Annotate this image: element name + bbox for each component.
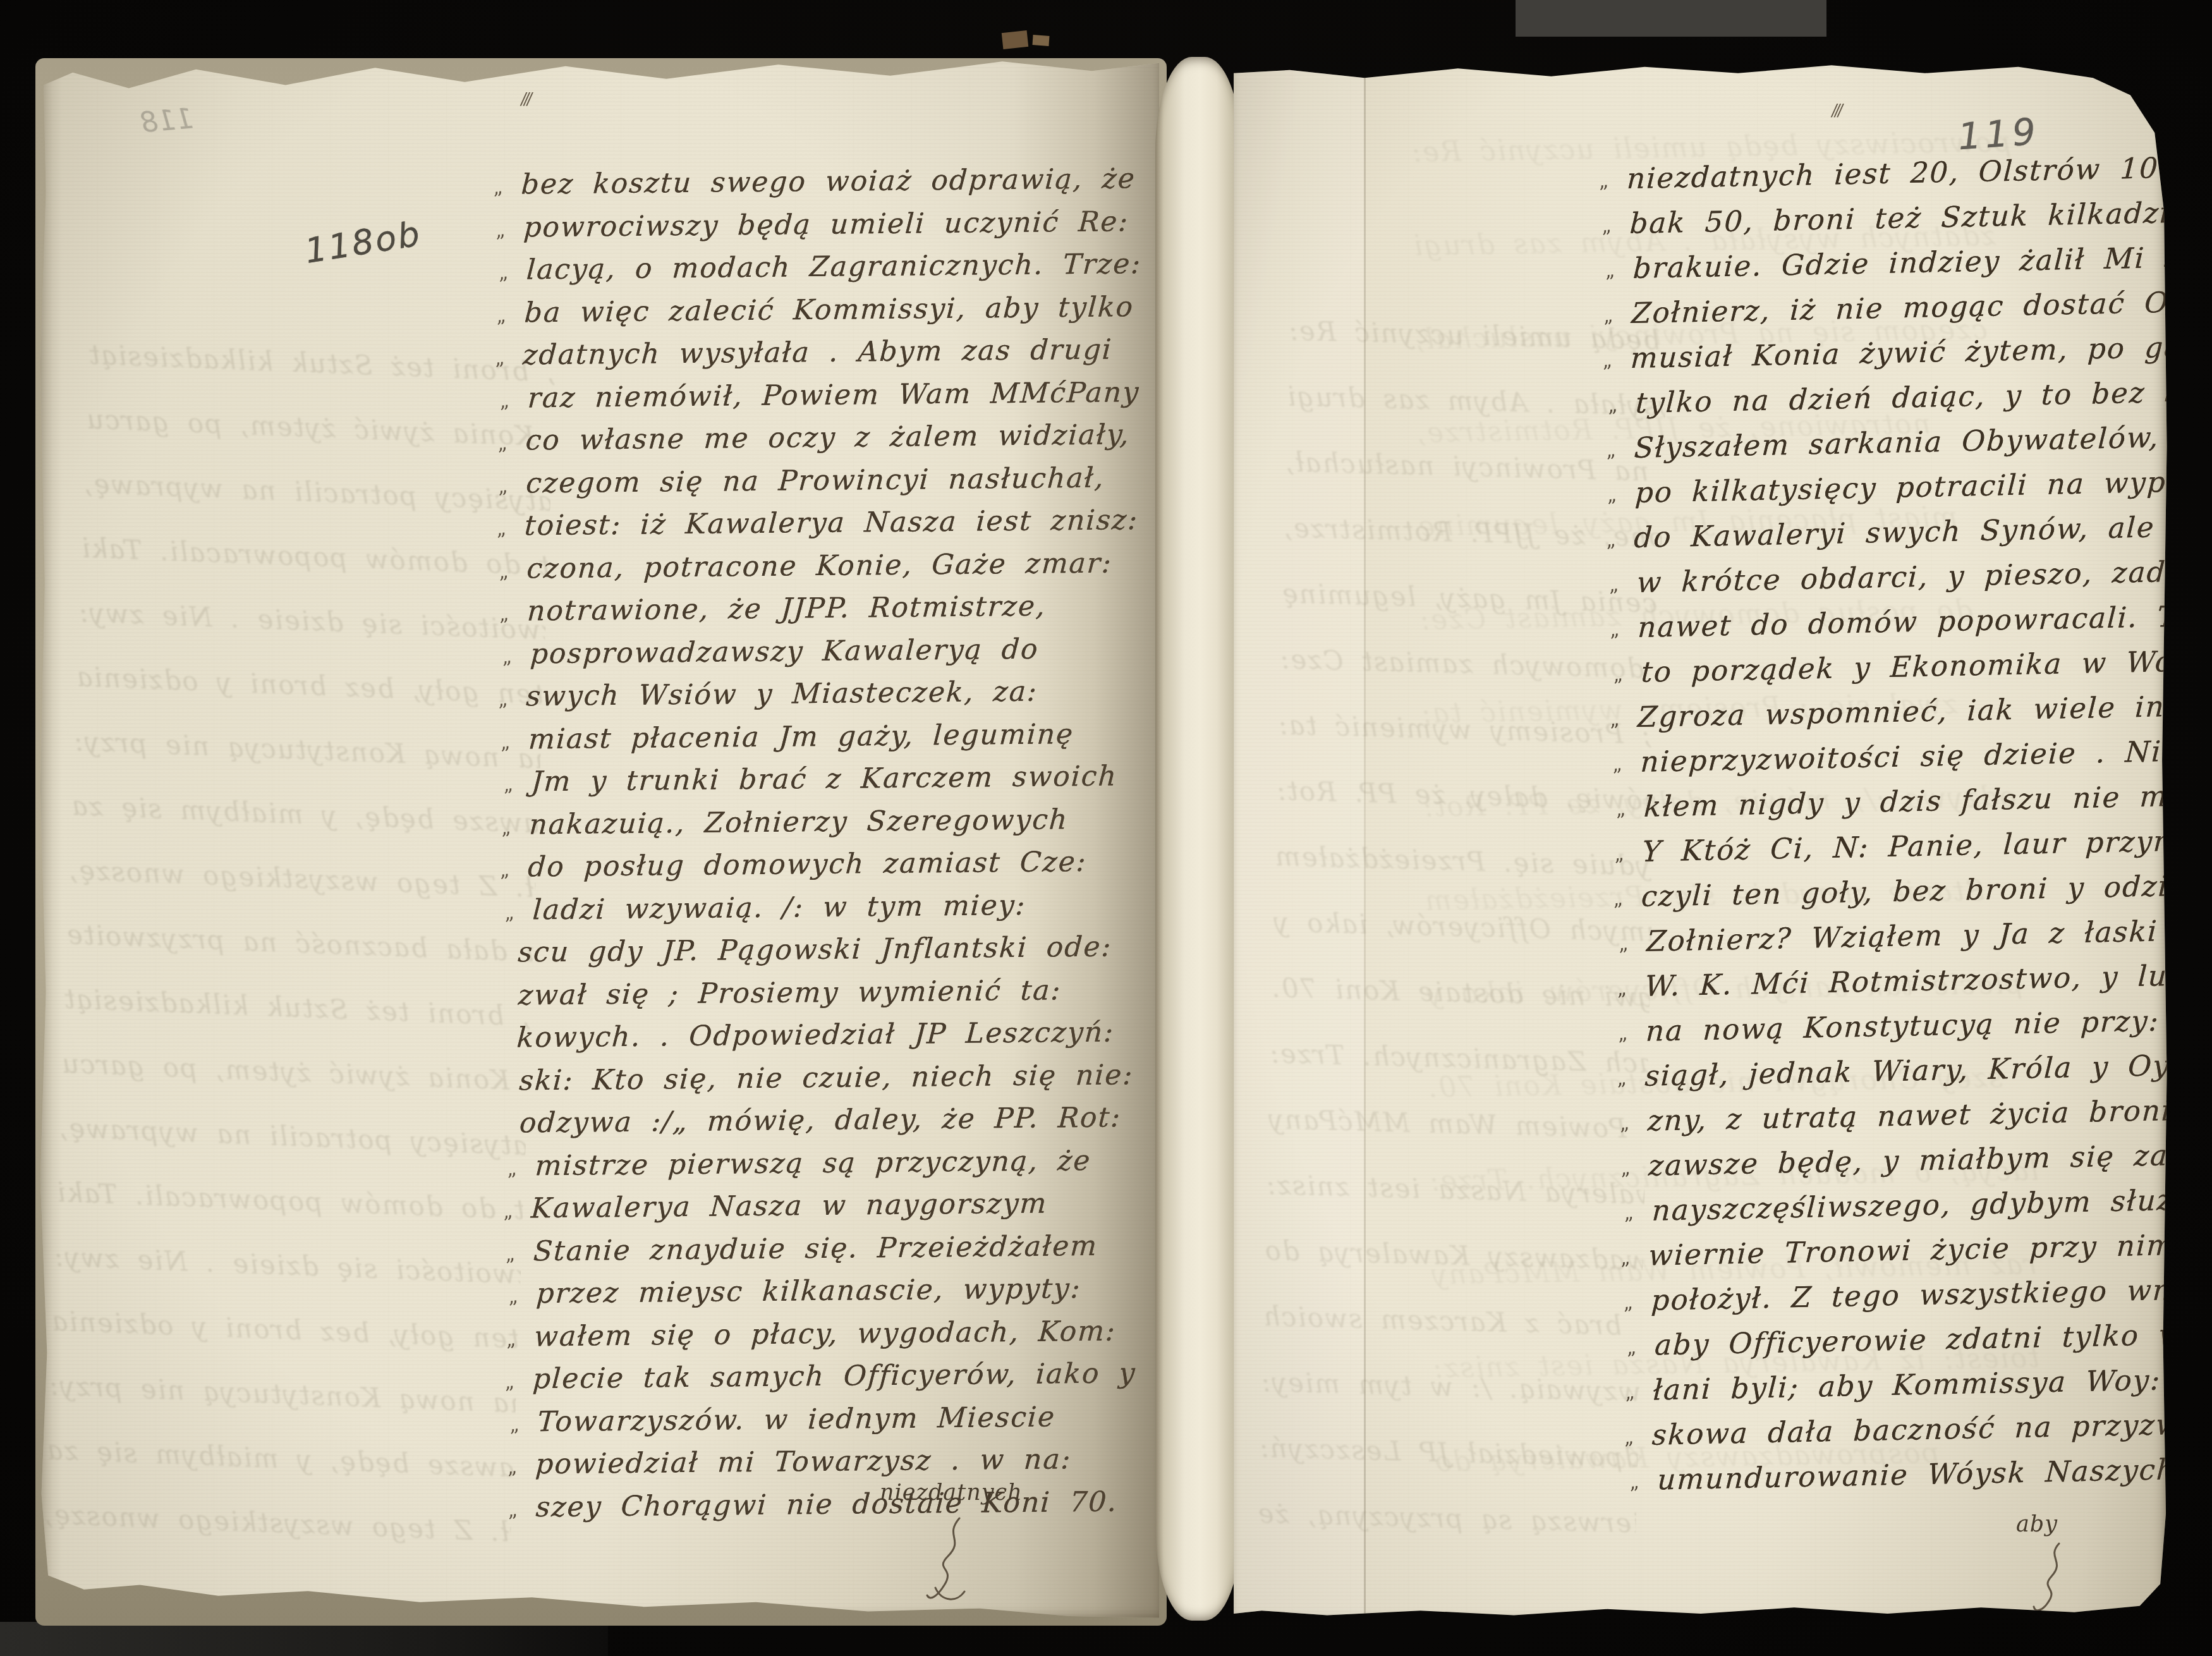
folio-number-bleedthrough: 118 (139, 102, 195, 139)
line-text: przez mieysc kilkanascie, wypyty: (535, 1272, 1082, 1310)
catchword-flourish-icon (923, 1514, 973, 1609)
line-text: Kawalerya Nasza w naygorszym (530, 1188, 1048, 1225)
manuscript-line: „przez mieysc kilkanascie, wypyty: (507, 1272, 1146, 1320)
quote-mark: „ (494, 295, 526, 326)
quote-mark: „ (1621, 1192, 1653, 1223)
line-text: kowych. . Odpowiedział JP Leszczyń: (516, 1016, 1115, 1054)
backdrop-strip-bottom (0, 1622, 608, 1656)
left-page: bak 50, broni też Sztuk kilkadziesiątmus… (39, 51, 1159, 1619)
catchword-flourish-icon (2029, 1540, 2073, 1619)
manuscript-line: „swych Wsiów y Miasteczek, za: (497, 674, 1136, 723)
line-text: ladzi wzywaią. /: w tym miey: (532, 889, 1027, 926)
bleedthrough-line: po kilkatysięcy potracili na wyprawę, (83, 468, 556, 521)
manuscript-line: scu gdy JP. Pągowski Jnflantski ode: (501, 930, 1140, 979)
quote-mark: „ (1618, 1147, 1650, 1178)
manuscript-line: „Kawalerya Nasza w naygorszym (502, 1186, 1141, 1235)
line-text: swych Wsiów y Miasteczek, za: (525, 676, 1038, 713)
quote-mark: „ (1599, 205, 1631, 236)
bleedthrough-line: na nową Konstytucyą nie przy: (73, 726, 552, 775)
manuscript-line: „raz niemówił, Powiem Wam MMćPany (499, 376, 1138, 425)
quote-mark: „ (495, 679, 528, 710)
bleedthrough-line: musiał Konia żywić żytem, po garcu (85, 403, 556, 456)
manuscript-line: „powiedział mi Towarzysz . w na: (506, 1442, 1145, 1491)
line-text: szey Chorągwi nie dostaie Koni 70. (535, 1485, 1119, 1523)
quote-mark: „ (505, 1447, 537, 1478)
line-text: do posług domowych zamiast Cze: (527, 846, 1088, 884)
line-text: zwał się ; Prosiemy wymienić ta: (518, 974, 1062, 1011)
manuscript-line: zwał się ; Prosiemy wymienić ta: (502, 973, 1141, 1022)
quire-mark: /// (1830, 101, 1842, 120)
quote-mark: „ (502, 1361, 535, 1392)
quote-mark: „ (1602, 250, 1634, 281)
line-text: ba więc zalecić Kommissyi, aby tylko (523, 291, 1134, 329)
quote-mark: „ (1614, 968, 1646, 999)
line-text: Jm y trunki brać z Karczem swoich (530, 760, 1118, 798)
quote-mark: „ (1601, 295, 1633, 326)
line-text: czegom się na Prowincyi nasłuchał, (525, 461, 1105, 499)
quote-mark: „ (493, 210, 525, 241)
quote-mark: „ (494, 508, 526, 539)
line-text: powiedział mi Towarzysz . w na: (535, 1443, 1073, 1480)
bleedthrough-line: nieprzyzwoitości się dzieie . Nie zwy: (78, 597, 556, 650)
quote-mark: „ (1613, 789, 1646, 820)
quote-mark: „ (1610, 654, 1643, 685)
quote-mark: „ (1624, 1327, 1656, 1358)
quote-mark: „ (1607, 609, 1639, 640)
quote-mark: „ (495, 423, 527, 454)
quote-mark: „ (506, 1490, 538, 1521)
line-text: odzywa :/„ mówię, daley, że PP. Rot: (519, 1101, 1122, 1139)
quote-mark: „ (499, 807, 531, 838)
bleedthrough-line: czyli ten goły, bez broni y odzienia (75, 661, 556, 714)
quote-mark: „ (1614, 1058, 1646, 1089)
line-text: plecie tak samych Officyerów, iako y (532, 1357, 1137, 1395)
quote-mark: „ (497, 381, 530, 411)
line-text: niezdatnych iest 20, Olstrów 100, Kul: (1626, 149, 2168, 195)
manuscript-line: „zdatnych wysyłała . Abym zas drugi (494, 333, 1133, 382)
quote-mark: „ (1620, 1282, 1653, 1313)
quote-mark: „ (1615, 1013, 1648, 1044)
quote-mark: „ (492, 338, 525, 368)
quote-mark: „ (1616, 923, 1648, 954)
quote-mark: „ (501, 764, 533, 795)
quote-mark: „ (504, 1148, 537, 1179)
bleedthrough-line: zawsze będę, y miałbym się za (70, 790, 556, 839)
binding-tab (1032, 35, 1049, 46)
bleedthrough-line: nieprzyzwoitości się dzieie . Nie zwy: (53, 1241, 556, 1294)
manuscript-line: „lacyą, o modach Zagranicznych. Trze: (497, 248, 1136, 296)
manuscript-line: „notrawione, że JJPP. Rotmistrze, (498, 589, 1137, 638)
quote-mark: „ (1605, 475, 1637, 506)
bleedthrough-text-layer: bak 50, broni też Sztuk kilkadziesiątmus… (40, 339, 556, 1608)
quote-mark: „ (1605, 385, 1638, 416)
right-page-text-column: „niezdatnych iest 20, Olstrów 100, Kul:„… (1600, 151, 2168, 1508)
quote-mark: „ (491, 167, 523, 198)
quote-mark: „ (498, 722, 530, 753)
bleedthrough-line: czyli ten goły, bez broni y odzienia (51, 1305, 556, 1358)
bleedthrough-line: nawet do domów popowracali. Taki (55, 1177, 556, 1229)
quote-mark: „ (1617, 1102, 1650, 1133)
line-text: powrociwszy będą umieli uczynić Re: (523, 205, 1130, 243)
manuscript-line: ski: Kto się, nie czuie, niech się nie: (502, 1059, 1141, 1107)
line-text: miast płacenia Jm gaży, leguminę (528, 718, 1075, 755)
quote-mark: „ (502, 892, 535, 923)
quote-mark: „ (1612, 834, 1644, 865)
bleedthrough-line: nawet do domów popowracali. Taki (80, 532, 556, 584)
manuscript-line: „wałem się o płacy, wygodach, Kom: (505, 1315, 1144, 1363)
manuscript-line: „do posług domowych zamiast Cze: (499, 845, 1138, 894)
line-text: zdatnych wysyłała . Abym zas drugi (522, 334, 1114, 372)
line-text: Towarzyszów. w iednym Miescie (537, 1401, 1056, 1438)
manuscript-line: „Towarzyszów. w iednym Miescie (508, 1400, 1147, 1449)
quote-mark: „ (507, 1404, 539, 1435)
bleedthrough-line: skowa dała baczność na przyzwoite (65, 919, 556, 971)
quote-mark: „ (504, 1319, 536, 1350)
manuscript-line: odzywa :/„ mówię, daley, że PP. Rot: (503, 1101, 1142, 1150)
quote-mark: „ (501, 1191, 533, 1222)
line-text: posprowadzawszy Kawaleryą do (529, 633, 1040, 670)
quote-mark: „ (503, 1234, 535, 1265)
folio-number-pencil: 118ob (302, 214, 424, 271)
right-page: powrociwszy będą umieli uczynić Re:zdatn… (1234, 54, 2168, 1623)
line-text: mistrze pierwszą są przyczyną, że (534, 1144, 1092, 1181)
line-text: wałem się o płacy, wygodach, Kom: (533, 1315, 1117, 1353)
bleedthrough-line: musiał Konia żywić żytem, po garcu (60, 1048, 556, 1100)
quote-mark: „ (1618, 1238, 1650, 1269)
bleedthrough-line: na nową Konstytucyą nie przy: (48, 1370, 528, 1419)
line-text: bez kosztu swego woiaż odprawią, że (520, 162, 1136, 200)
quote-mark: „ (1621, 1416, 1653, 1447)
quote-mark: „ (497, 594, 529, 624)
quote-mark: „ (500, 636, 532, 667)
bleedthrough-line: położył. Z tego wszystkiego wnoszę, (68, 855, 556, 907)
manuscript-line: „toiest: iż Kawalerya Nasza iest znisz: (495, 504, 1134, 552)
manuscript-line: „posprowadzawszy Kawaleryą do (501, 632, 1140, 681)
manuscript-line: „bez kosztu swego woiaż odprawią, że (492, 162, 1131, 211)
bleedthrough-line: położył. Z tego wszystkiego wnoszę, (43, 1499, 556, 1551)
binding-tab (1002, 30, 1028, 49)
manuscript-line: „miast płacenia Jm gaży, leguminę (499, 717, 1138, 766)
page-crease-line (1364, 54, 1366, 1623)
manuscript-line: „powrociwszy będą umieli uczynić Re: (494, 205, 1133, 254)
line-text: raz niemówił, Powiem Wam MMćPany (527, 376, 1141, 414)
manuscript-line: „Jm y trunki brać z Karczem swoich (502, 760, 1141, 808)
quote-mark: „ (1627, 1461, 1659, 1492)
quote-mark: „ (496, 252, 528, 283)
quote-mark: „ (1603, 520, 1636, 551)
quote-mark: „ (496, 551, 528, 582)
line-text: scu gdy JP. Pągowski Jnflantski ode: (517, 931, 1113, 969)
catchword: aby (2016, 1512, 2058, 1537)
page-number-pencil: 119 (1957, 110, 2041, 159)
manuscript-line: „ba więc zalecić Kommissyi, aby tylko (495, 291, 1134, 339)
line-text: toiest: iż Kawalerya Nasza iest znisz: (524, 504, 1139, 542)
manuscript-line: „mistrze pierwszą są przyczyną, że (506, 1144, 1145, 1193)
manuscript-line: „czona, potracone Konie, Gaże zmar: (497, 547, 1136, 595)
gutter-light-band (1234, 54, 1364, 1623)
manuscript-line: „plecie tak samych Officyerów, iako y (504, 1357, 1143, 1406)
line-text: notrawione, że JJPP. Rotmistrze, (526, 590, 1047, 628)
quote-mark: „ (1610, 879, 1643, 910)
quote-mark: „ (497, 849, 530, 880)
manuscript-line: „nakazuią., Zołnierzy Szeregowych (500, 803, 1139, 851)
bleedthrough-line: bak 50, broni też Sztuk kilkadziesiąt (63, 983, 556, 1037)
line-text: Stanie znayduie się. Przeieżdżałem (533, 1229, 1099, 1267)
bleedthrough-line: po kilkatysięcy potracili na wyprawę, (58, 1112, 556, 1166)
backdrop-strip-top (1516, 0, 1826, 37)
quote-mark: „ (1607, 699, 1639, 730)
manuscript-line: „co własne me oczy z żalem widziały, (497, 418, 1136, 467)
line-text: nakazuią., Zołnierzy Szeregowych (528, 803, 1069, 841)
quote-mark: „ (1606, 564, 1638, 595)
quote-mark: „ (1603, 430, 1636, 461)
line-text: co własne me oczy z żalem widziały, (525, 418, 1131, 456)
manuscript-line: „szey Chorągwi nie dostaie Koni 70. (507, 1485, 1146, 1534)
left-page-text-column: „bez kosztu swego woiaż odprawią, że„pow… (494, 162, 1146, 1534)
catchword: niezdatnych (880, 1480, 1023, 1506)
line-text: czona, potracone Konie, Gaże zmar: (526, 547, 1113, 585)
quote-mark: „ (1610, 744, 1642, 775)
manuscript-line: kowych. . Odpowiedział JP Leszczyń: (501, 1016, 1139, 1064)
line-text: lacyą, o modach Zagranicznych. Trze: (526, 248, 1143, 286)
manuscript-photograph: bak 50, broni też Sztuk kilkadziesiątmus… (0, 0, 2212, 1656)
quote-mark: „ (1600, 340, 1632, 371)
quote-mark: „ (1596, 161, 1629, 192)
manuscript-line: „Stanie znayduie się. Przeieżdżałem (504, 1229, 1143, 1278)
quote-mark: „ (495, 466, 528, 497)
quote-mark: „ (506, 1276, 538, 1307)
bleedthrough-line: zawsze będę, y miałbym się za (46, 1434, 531, 1483)
quire-mark: /// (520, 90, 531, 109)
line-text: ski: Kto się, nie czuie, niech się nie: (518, 1059, 1134, 1097)
page-edge-leaf (1155, 57, 1241, 1621)
manuscript-line: „czegom się na Prowincyi nasłuchał, (497, 461, 1136, 510)
manuscript-line: „ladzi wzywaią. /: w tym miey: (504, 888, 1143, 937)
quote-mark: „ (1622, 1372, 1655, 1403)
bleedthrough-line: bak 50, broni też Sztuk kilkadziesiąt (87, 339, 556, 393)
